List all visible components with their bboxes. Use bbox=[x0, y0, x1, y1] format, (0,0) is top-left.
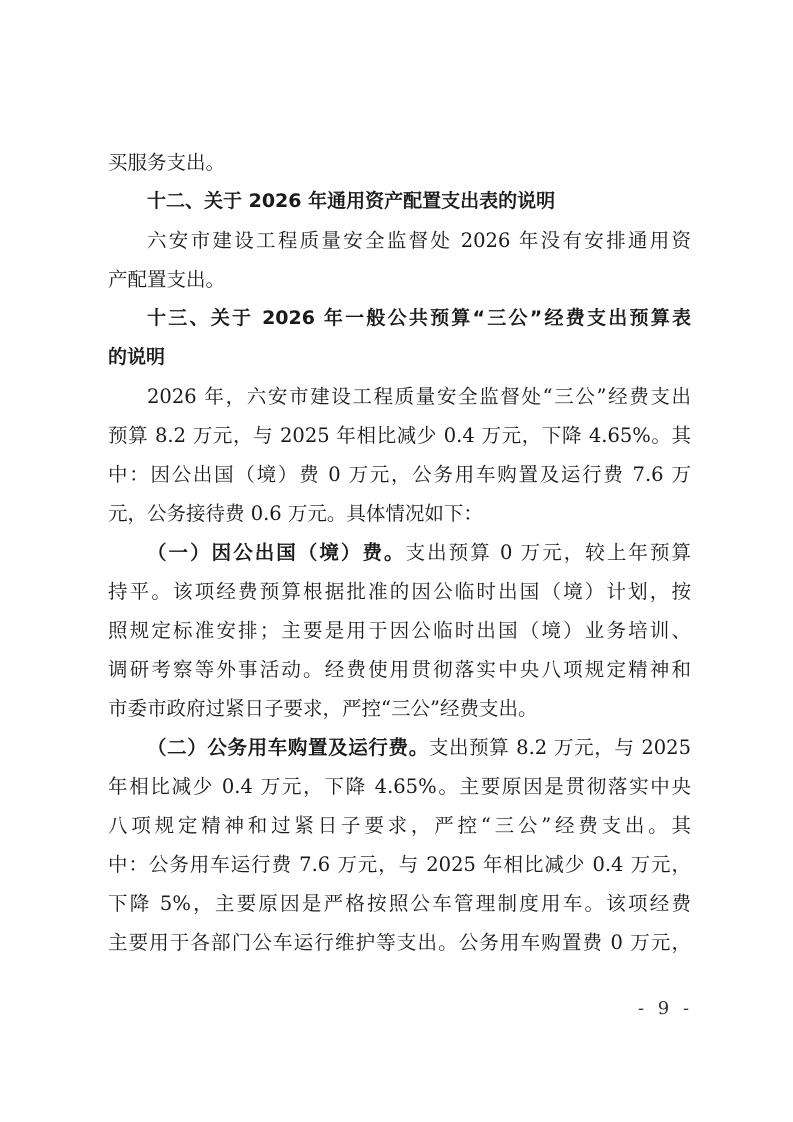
paragraph-line: 2026 年，六安市建设工程质量安全监督处“三公”经费支出 bbox=[147, 377, 691, 416]
page-number: - 9 - bbox=[638, 997, 693, 1021]
subsection-text: 支出预算 0 万元，较上年预算 bbox=[406, 541, 691, 564]
subsection-text: 支出预算 8.2 万元，与 2025 bbox=[429, 736, 691, 759]
paragraph-line: 照规定标准安排；主要是用于因公临时出国（境）业务培训、 bbox=[108, 611, 691, 650]
section-heading-13: 十三、关于 2026 年一般公共预算“三公”经费支出预算表 bbox=[147, 299, 691, 338]
paragraph-line: 年相比减少 0.4 万元，下降 4.65%。主要原因是贯彻落实中央 bbox=[108, 767, 691, 806]
paragraph-line: 持平。该项经费预算根据批准的因公临时出国（境）计划，按 bbox=[108, 572, 691, 611]
paragraph-line: 八项规定精神和过紧日子要求，严控“三公”经费支出。其 bbox=[108, 806, 691, 845]
paragraph-line: 调研考察等外事活动。经费使用贯彻落实中央八项规定精神和 bbox=[108, 650, 691, 689]
paragraph-line: 下降 5%，主要原因是严格按照公车管理制度用车。该项经费 bbox=[108, 884, 691, 923]
section-heading-12: 十二、关于 2026 年通用资产配置支出表的说明 bbox=[147, 182, 691, 221]
subsection-title-1: （一）因公出国（境）费。 bbox=[147, 541, 406, 564]
section-heading-13-cont: 的说明 bbox=[108, 338, 691, 377]
paragraph-line: 买服务支出。 bbox=[108, 143, 691, 182]
paragraph-line: 产配置支出。 bbox=[108, 260, 691, 299]
paragraph-line: 市委市政府过紧日子要求，严控“三公”经费支出。 bbox=[108, 689, 691, 728]
subsection-line-2: （二）公务用车购置及运行费。支出预算 8.2 万元，与 2025 bbox=[147, 728, 691, 767]
subsection-title-2: （二）公务用车购置及运行费。 bbox=[147, 736, 429, 759]
paragraph-line: 中：因公出国（境）费 0 万元，公务用车购置及运行费 7.6 万 bbox=[108, 455, 691, 494]
paragraph-line: 中：公务用车运行费 7.6 万元，与 2025 年相比减少 0.4 万元， bbox=[108, 845, 691, 884]
subsection-line-1: （一）因公出国（境）费。支出预算 0 万元，较上年预算 bbox=[147, 533, 691, 572]
document-page: 买服务支出。 十二、关于 2026 年通用资产配置支出表的说明 六安市建设工程质… bbox=[0, 0, 793, 1122]
paragraph-line: 预算 8.2 万元，与 2025 年相比减少 0.4 万元，下降 4.65%。其 bbox=[108, 416, 691, 455]
paragraph-line: 主要用于各部门公车运行维护等支出。公务用车购置费 0 万元， bbox=[108, 923, 691, 962]
paragraph-line: 六安市建设工程质量安全监督处 2026 年没有安排通用资 bbox=[147, 221, 691, 260]
paragraph-line: 元，公务接待费 0.6 万元。具体情况如下： bbox=[108, 494, 691, 533]
